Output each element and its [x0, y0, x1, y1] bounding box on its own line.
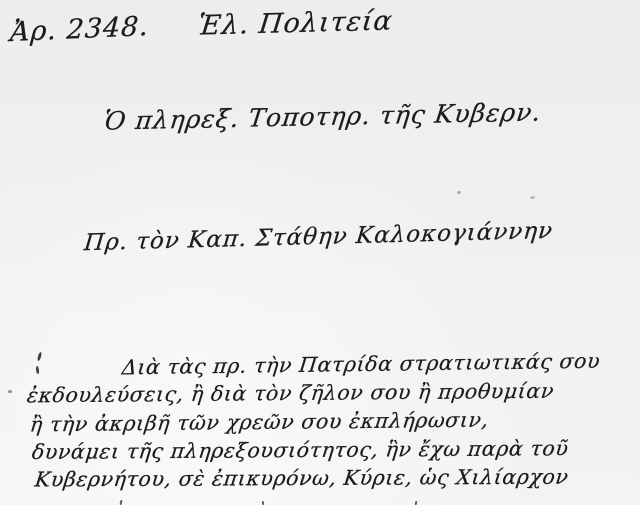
body-line: Διὰ τὰς πρ. τὴν Πατρίδα στρατιωτικάς σου	[121, 349, 602, 380]
state-title: Ἑλ. Πολιτεία	[196, 5, 394, 41]
body-line: ἐκδουλεύσεις, ἢ διὰ τὸν ζῆλον σου ἢ προθ…	[26, 379, 556, 408]
ink-blot	[530, 196, 535, 199]
ink-blot	[37, 352, 42, 361]
cutoff-line-fragment	[262, 501, 265, 505]
recipient-line: Πρ. τὸν Καπ. Στάθην Καλοκογιάννην	[83, 218, 554, 256]
cutoff-line-fragment	[120, 500, 123, 505]
cutoff-line-fragment	[415, 501, 418, 505]
ink-blot	[457, 191, 461, 194]
document-number: Ἀρ. 2348.	[9, 11, 150, 48]
ink-blot	[35, 366, 39, 374]
body-line: ἢ τὴν ἀκριβῆ τῶν χρεῶν σου ἐκπλήρωσιν,	[29, 408, 490, 437]
body-line: δυνάμει τῆς πληρεξουσιότητος, ἣν ἔχω παρ…	[31, 436, 570, 464]
scanned-manuscript-page: Ἀρ. 2348. Ἑλ. Πολιτεία Ὁ πληρεξ. Τοποτηρ…	[0, 0, 640, 505]
body-line: Κυβερνήτου, σὲ ἐπικυρόνω, Κύριε, ὡς Χιλί…	[34, 465, 570, 492]
sender-title: Ὁ πληρεξ. Τοποτηρ. τῆς Κυβερν.	[102, 97, 543, 135]
ink-blot	[8, 390, 12, 393]
